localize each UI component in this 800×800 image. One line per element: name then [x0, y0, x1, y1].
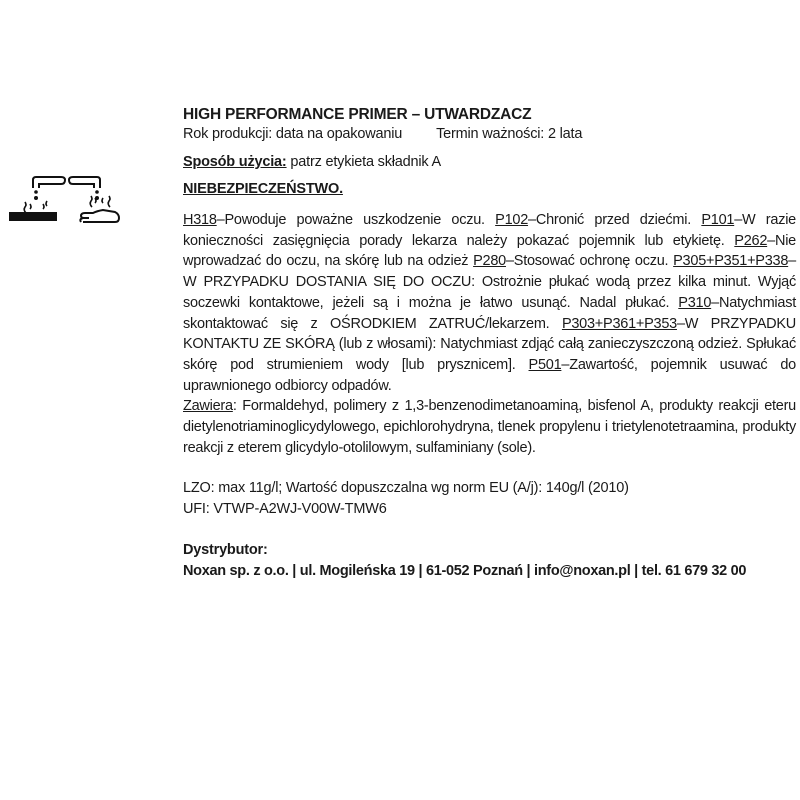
distributor-info: Noxan sp. z o.o. | ul. Mogileńska 19 | 6… — [183, 561, 796, 582]
ufi-code: UFI: VTWP-A2WJ-V00W-TMW6 — [183, 499, 796, 520]
statement-code: P280 — [473, 253, 506, 269]
product-title: HIGH PERFORMANCE PRIMER – UTWARDZACZ — [183, 105, 796, 125]
voc-info: LZO: max 11g/l; Wartość dopuszczalna wg … — [183, 478, 796, 499]
statement: H318–Powoduje poważne uszkodzenie oczu. — [183, 212, 495, 228]
distributor-label: Dystrybutor: — [183, 540, 796, 561]
statement: P280–Stosować ochronę oczu. — [473, 253, 673, 269]
production-info: Rok produkcji: data na opakowaniuTermin … — [183, 125, 796, 144]
statement-code: P262 — [734, 233, 767, 249]
statement-code: P501 — [529, 357, 562, 373]
statement-code: P101 — [701, 212, 734, 228]
usage-label: Sposób użycia: — [183, 154, 287, 170]
hazard-statements: H318–Powoduje poważne uszkodzenie oczu. … — [183, 210, 796, 458]
product-label: HIGH PERFORMANCE PRIMER – UTWARDZACZ Rok… — [183, 105, 796, 581]
production-date: Rok produkcji: data na opakowaniu — [183, 126, 402, 142]
contains-text: : Formaldehyd, polimery z 1,3-benzenodim… — [183, 398, 796, 455]
statement-code: P305+P351+P338 — [673, 253, 788, 269]
expiry-date: Termin ważności: 2 lata — [436, 126, 582, 142]
statement: P102–Chronić przed dziećmi. — [495, 212, 701, 228]
contains-label: Zawiera — [183, 398, 233, 414]
corrosion-icon — [3, 168, 123, 228]
usage-text: patrz etykieta składnik A — [287, 154, 441, 170]
statement-code: H318 — [183, 212, 217, 228]
statement-code: P303+P361+P353 — [562, 316, 677, 332]
statement-code: P102 — [495, 212, 528, 228]
statement-text: –Chronić przed dziećmi. — [528, 212, 701, 228]
signal-word: NIEBEZPIECZEŃSTWO. — [183, 180, 796, 199]
statement-text: –Stosować ochronę oczu. — [506, 253, 673, 269]
statement-text: –Powoduje poważne uszkodzenie oczu. — [217, 212, 495, 228]
usage-info: Sposób użycia: patrz etykieta składnik A — [183, 153, 796, 172]
statement-code: P310 — [678, 295, 711, 311]
